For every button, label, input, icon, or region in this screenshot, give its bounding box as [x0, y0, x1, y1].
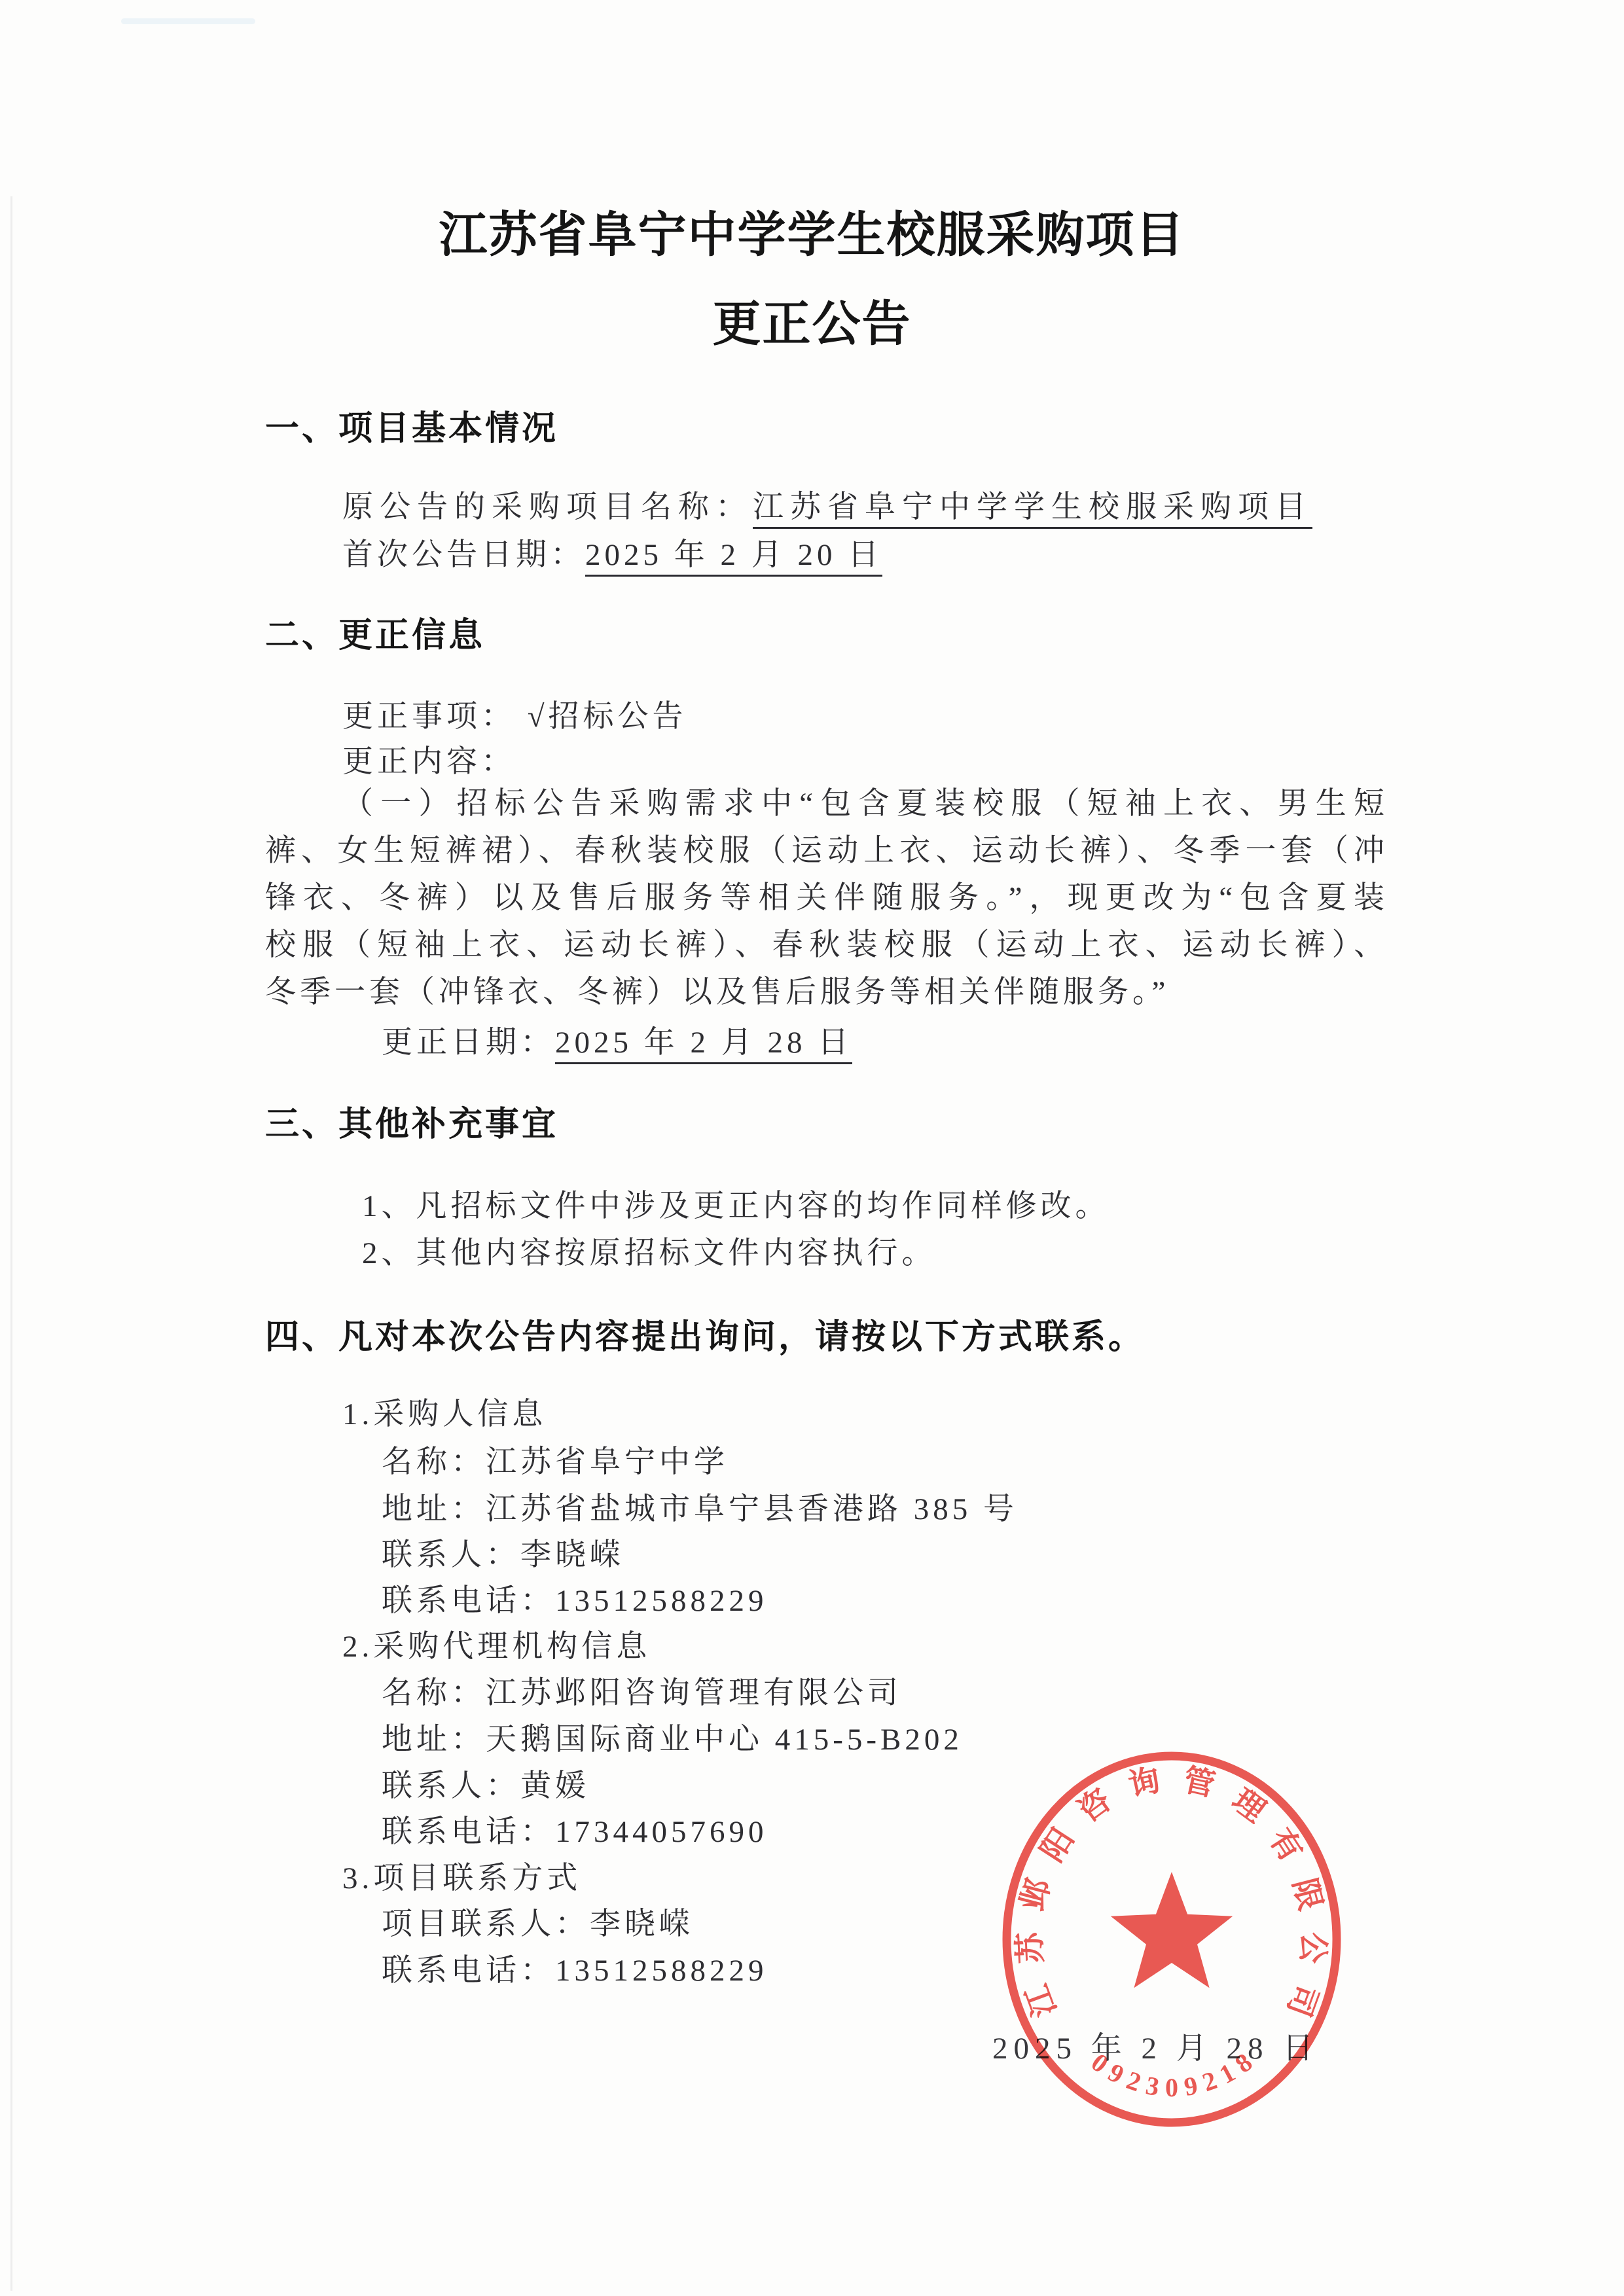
correction-date-label: 更正日期：	[382, 1026, 555, 1060]
page-subtitle: 更正公告	[0, 285, 1624, 355]
agency-contact-line: 联系人：黄媛	[382, 1761, 590, 1805]
correction-paragraph-line: 裤、女生短裤裙）、春秋装校服（运动上衣、运动长裤）、冬季一套（冲	[265, 826, 1388, 870]
correction-content-label: 更正内容：	[342, 737, 516, 781]
buyer-info-title: 1.采购人信息	[342, 1390, 547, 1433]
project-contact-line: 项目联系人：李晓嵘	[382, 1899, 694, 1943]
scan-smudge-artifact	[121, 18, 255, 24]
original-project-name-value: 江苏省阜宁中学学生校服采购项目	[753, 490, 1312, 529]
section4-heading: 四、凡对本次公告内容提出询问，请按以下方式联系。	[265, 1309, 1145, 1358]
correction-item-line: 更正事项： √招标公告	[342, 692, 687, 736]
supplement-item-1: 1、凡招标文件中涉及更正内容的均作同样修改。	[362, 1181, 1110, 1225]
buyer-address-line: 地址：江苏省盐城市阜宁县香港路 385 号	[382, 1484, 1018, 1528]
supplement-item-2: 2、其他内容按原招标文件内容执行。	[362, 1229, 937, 1272]
scan-streak-artifact	[10, 196, 12, 2291]
section2-heading: 二、更正信息	[265, 607, 485, 656]
first-announce-date-value: 2025 年 2 月 20 日	[585, 538, 882, 577]
correction-paragraph-line: 校服（短袖上衣、运动长裤）、春秋装校服（运动上衣、运动长裤）、	[265, 920, 1388, 964]
correction-paragraph-line: 锋衣、冬裤）以及售后服务等相关伴随服务。”，现更改为“包含夏装	[265, 873, 1388, 917]
original-project-name-line: 原公告的采购项目名称：江苏省阜宁中学学生校服采购项目	[342, 482, 1312, 526]
original-project-name-label: 原公告的采购项目名称：	[342, 490, 753, 524]
correction-date-value: 2025 年 2 月 28 日	[555, 1026, 852, 1064]
first-announce-date-line: 首次公告日期：2025 年 2 月 20 日	[342, 530, 882, 574]
buyer-phone-line: 联系电话：13512588229	[382, 1576, 768, 1620]
project-phone-line: 联系电话：13512588229	[382, 1946, 768, 1990]
agency-info-title: 2.采购代理机构信息	[342, 1622, 651, 1666]
agency-phone-line: 联系电话：17344057690	[382, 1807, 768, 1851]
section1-heading: 一、项目基本情况	[265, 401, 558, 450]
correction-paragraph-line: （一）招标公告采购需求中“包含夏装校服（短袖上衣、男生短	[265, 779, 1388, 823]
correction-date-line: 更正日期：2025 年 2 月 28 日	[382, 1018, 852, 1062]
company-seal-stamp: 江苏邺阳咨询管理有限公司 3209230921820	[962, 1723, 1381, 2155]
correction-paragraph-line: 冬季一套（冲锋衣、冬裤）以及售后服务等相关伴随服务。”	[265, 967, 1388, 1011]
agency-address-line: 地址：天鹅国际商业中心 415-5-B202	[382, 1715, 963, 1759]
page-title: 江苏省阜宁中学学生校服采购项目	[0, 196, 1624, 266]
agency-name-line: 名称：江苏邺阳咨询管理有限公司	[382, 1668, 902, 1712]
buyer-contact-line: 联系人：李晓嵘	[382, 1530, 624, 1574]
scanned-announcement-page: 江苏省阜宁中学学生校服采购项目 更正公告 一、项目基本情况 原公告的采购项目名称…	[0, 0, 1624, 2296]
star-icon	[1111, 1872, 1233, 1988]
first-announce-date-label: 首次公告日期：	[342, 538, 585, 572]
section3-heading: 三、其他补充事宜	[265, 1096, 558, 1145]
project-contact-title: 3.项目联系方式	[342, 1854, 581, 1897]
buyer-name-line: 名称：江苏省阜宁中学	[382, 1437, 729, 1481]
